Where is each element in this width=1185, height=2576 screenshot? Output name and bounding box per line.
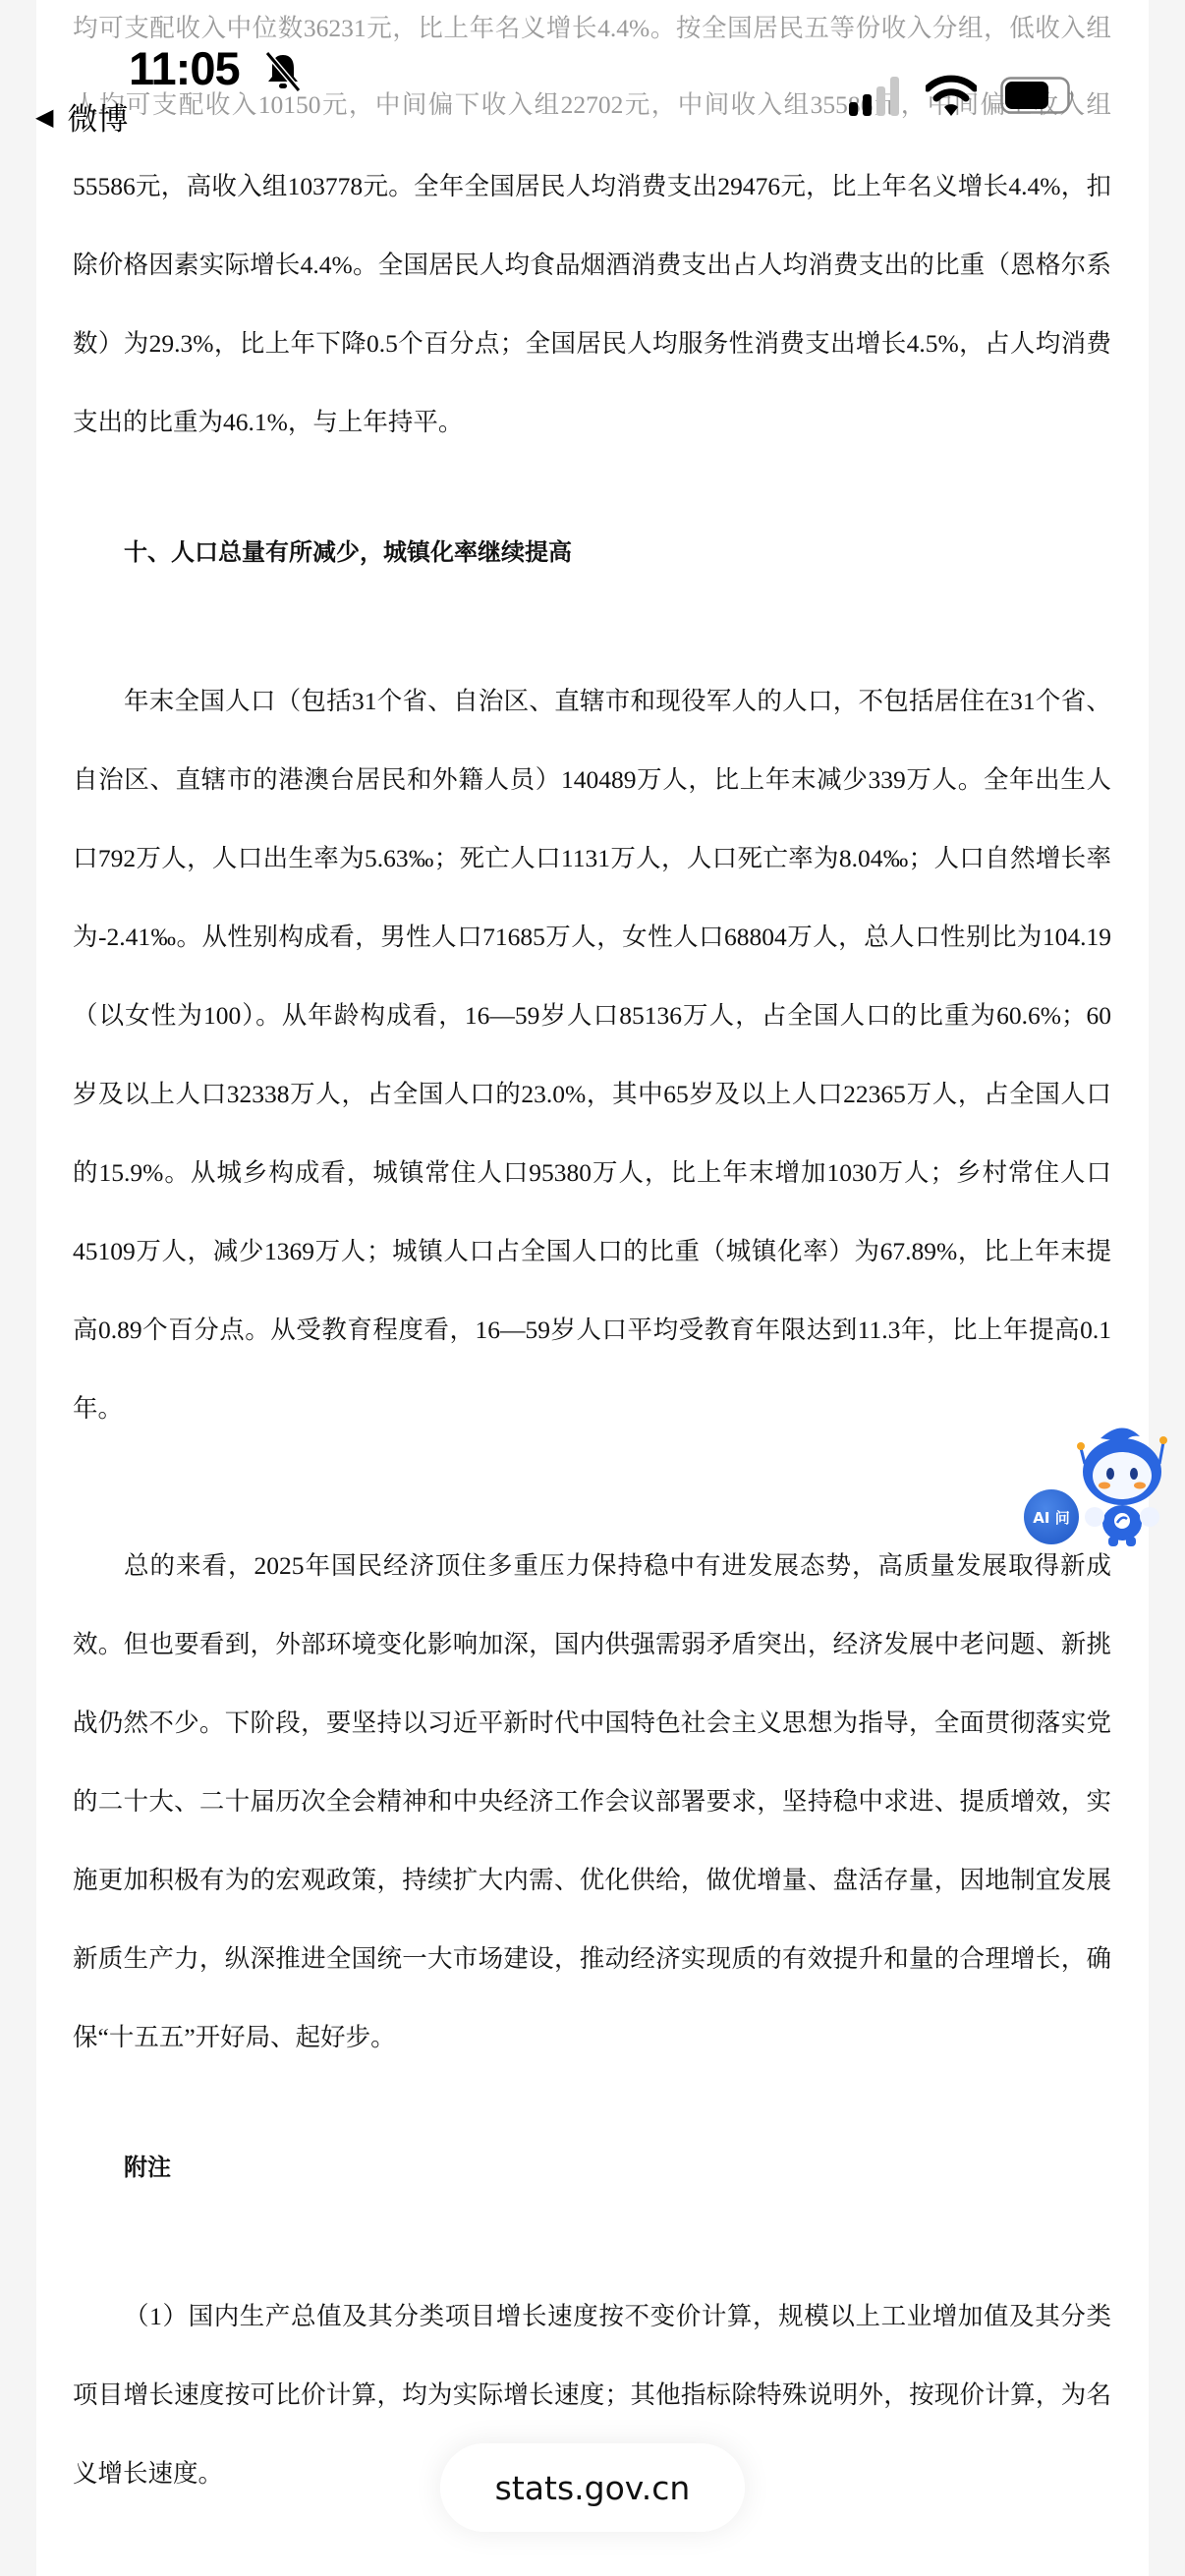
paragraph-line: （1）国内生产总值及其分类项目增长速度按不变价计算，规模以上工业增加值及其分类 xyxy=(73,2283,1111,2362)
paragraph-line: 数）为29.3%，比上年下降0.5个百分点；全国居民人均服务性消费支出增长4.5… xyxy=(73,310,1111,389)
summary-paragraph: 总的来看，2025年国民经济顶住多重压力保持稳中有进发展态势，高质量发展取得新成… xyxy=(73,1533,1111,2083)
back-triangle-icon: ◀ xyxy=(35,103,53,131)
paragraph-line: 口792万人，人口出生率为5.63‰；死亡人口1131万人，人口死亡率为8.04… xyxy=(73,825,1111,904)
mute-bell-icon xyxy=(263,51,303,92)
paragraph-line: 年。 xyxy=(73,1375,1111,1454)
population-paragraph: 年末全国人口（包括31个省、自治区、直辖市和现役军人的人口，不包括居住在31个省… xyxy=(73,668,1111,1454)
notes-heading: 附注 xyxy=(73,2144,1111,2222)
address-bar[interactable]: stats.gov.cn xyxy=(440,2443,745,2532)
paragraph-line: 施更加积极有为的宏观政策，持续扩大内需、优化供给，做优增量、盘活存量，因地制宜发… xyxy=(73,1847,1111,1926)
ai-assistant-widget[interactable]: AI 问 xyxy=(1020,1425,1173,1552)
paragraph-line: 45109万人，减少1369万人；城镇人口占全国人口的比重（城镇化率）为67.8… xyxy=(73,1218,1111,1297)
paragraph-line: 55586元，高收入组103778元。全年全国居民人均消费支出29476元，比上… xyxy=(73,153,1111,232)
paragraph-line: 保“十五五”开好局、起好步。 xyxy=(73,2004,1111,2083)
paragraph-line: 的二十大、二十届历次全会精神和中央经济工作会议部署要求，坚持稳中求进、提质增效，… xyxy=(73,1768,1111,1847)
section-heading: 十、人口总量有所减少，城镇化率继续提高 xyxy=(73,529,1111,607)
battery-icon xyxy=(1000,77,1077,114)
paragraph-line: 总的来看，2025年国民经济顶住多重压力保持稳中有进发展态势，高质量发展取得新成 xyxy=(73,1533,1111,1611)
cellular-signal-icon xyxy=(847,75,906,118)
back-app-label: 微博 xyxy=(67,94,128,139)
paragraph-line: 高0.89个百分点。从受教育程度看，16—59岁人口平均受教育年限达到11.3年… xyxy=(73,1297,1111,1375)
robot-mascot-icon xyxy=(1071,1425,1173,1548)
status-time: 11:05 xyxy=(129,41,240,95)
paragraph-line: 效。但也要看到，外部环境变化影响加深，国内供强需弱矛盾突出，经济发展中老问题、新… xyxy=(73,1611,1111,1690)
paragraph-line: 岁及以上人口32338万人，占全国人口的23.0%，其中65岁及以上人口2236… xyxy=(73,1061,1111,1140)
url-text: stats.gov.cn xyxy=(495,2469,691,2507)
paragraph-line: 战仍然不少。下阶段，要坚持以习近平新时代中国特色社会主义思想为指导，全面贯彻落实… xyxy=(73,1690,1111,1768)
paragraph-line: 项目增长速度按可比价计算，均为实际增长速度；其他指标除特殊说明外，按现价计算，为… xyxy=(73,2362,1111,2440)
paragraph-line: 的15.9%。从城乡构成看，城镇常住人口95380万人，比上年末增加1030万人… xyxy=(73,1140,1111,1218)
paragraph-line: （以女性为100）。从年龄构成看，16—59岁人口85136万人，占全国人口的比… xyxy=(73,982,1111,1061)
paragraph-line: 自治区、直辖市的港澳台居民和外籍人员）140489万人，比上年末减少339万人。… xyxy=(73,747,1111,825)
back-to-weibo-button[interactable]: ◀ 微博 xyxy=(35,94,128,139)
article-content: 均可支配收入中位数36231元，比上年名义增长4.4%。按全国居民五等份收入分组… xyxy=(73,0,1111,2519)
paragraph-line: 支出的比重为46.1%，与上年持平。 xyxy=(73,389,1111,468)
paragraph-line: 年末全国人口（包括31个省、自治区、直辖市和现役军人的人口，不包括居住在31个省… xyxy=(73,668,1111,747)
paragraph-line: 为-2.41‰。从性别构成看，男性人口71685万人，女性人口68804万人，总… xyxy=(73,904,1111,982)
ai-ask-label: AI 问 xyxy=(1033,1507,1069,1528)
ai-ask-button[interactable]: AI 问 xyxy=(1024,1489,1079,1544)
paragraph-line: 除价格因素实际增长4.4%。全国居民人均食品烟酒消费支出占人均消费支出的比重（恩… xyxy=(73,232,1111,310)
paragraph-line: 新质生产力，纵深推进全国统一大市场建设，推动经济实现质的有效提升和量的合理增长，… xyxy=(73,1926,1111,2004)
wifi-icon xyxy=(926,75,977,118)
